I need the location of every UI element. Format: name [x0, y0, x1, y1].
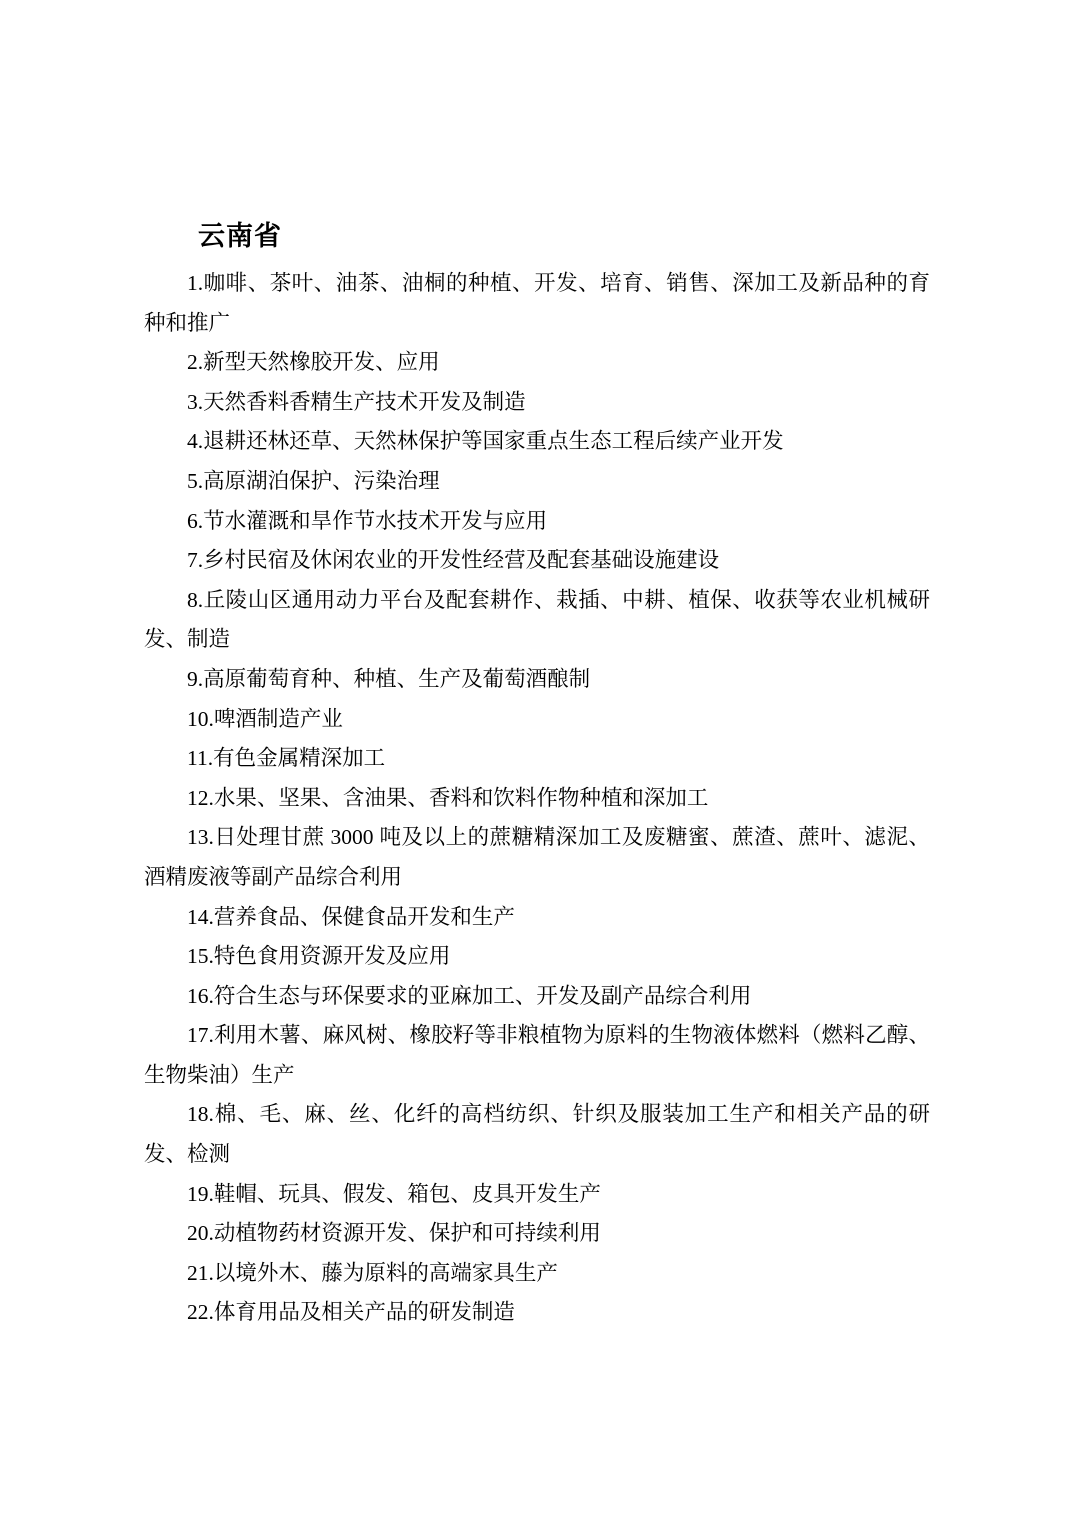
- list-item: 8.丘陵山区通用动力平台及配套耕作、栽插、中耕、植保、收获等农业机械研发、制造: [144, 581, 930, 660]
- section-title-yunnan-province: 云南省: [144, 218, 930, 254]
- list-item: 9.高原葡萄育种、种植、生产及葡萄酒酿制: [144, 660, 930, 700]
- document-page: 云南省 1.咖啡、茶叶、油茶、油桐的种植、开发、培育、销售、深加工及新品种的育种…: [0, 0, 1074, 1520]
- list-item: 16.符合生态与环保要求的亚麻加工、开发及副产品综合利用: [144, 977, 930, 1017]
- list-item: 21.以境外木、藤为原料的高端家具生产: [144, 1254, 930, 1294]
- list-item: 1.咖啡、茶叶、油茶、油桐的种植、开发、培育、销售、深加工及新品种的育种和推广: [144, 264, 930, 343]
- list-item: 2.新型天然橡胶开发、应用: [144, 343, 930, 383]
- list-item: 19.鞋帽、玩具、假发、箱包、皮具开发生产: [144, 1175, 930, 1215]
- list-item: 3.天然香料香精生产技术开发及制造: [144, 383, 930, 423]
- list-item: 15.特色食用资源开发及应用: [144, 937, 930, 977]
- list-item: 14.营养食品、保健食品开发和生产: [144, 898, 930, 938]
- industry-item-list: 1.咖啡、茶叶、油茶、油桐的种植、开发、培育、销售、深加工及新品种的育种和推广2…: [144, 264, 930, 1333]
- list-item: 12.水果、坚果、含油果、香料和饮料作物种植和深加工: [144, 779, 930, 819]
- list-item: 17.利用木薯、麻风树、橡胶籽等非粮植物为原料的生物液体燃料（燃料乙醇、生物柴油…: [144, 1016, 930, 1095]
- list-item: 20.动植物药材资源开发、保护和可持续利用: [144, 1214, 930, 1254]
- list-item: 5.高原湖泊保护、污染治理: [144, 462, 930, 502]
- list-item: 13.日处理甘蔗 3000 吨及以上的蔗糖精深加工及废糖蜜、蔗渣、蔗叶、滤泥、酒…: [144, 818, 930, 897]
- list-item: 22.体育用品及相关产品的研发制造: [144, 1293, 930, 1333]
- list-item: 6.节水灌溉和旱作节水技术开发与应用: [144, 502, 930, 542]
- list-item: 7.乡村民宿及休闲农业的开发性经营及配套基础设施建设: [144, 541, 930, 581]
- list-item: 4.退耕还林还草、天然林保护等国家重点生态工程后续产业开发: [144, 422, 930, 462]
- document-content: 云南省 1.咖啡、茶叶、油茶、油桐的种植、开发、培育、销售、深加工及新品种的育种…: [144, 218, 930, 1333]
- list-item: 11.有色金属精深加工: [144, 739, 930, 779]
- list-item: 18.棉、毛、麻、丝、化纤的高档纺织、针织及服装加工生产和相关产品的研发、检测: [144, 1095, 930, 1174]
- list-item: 10.啤酒制造产业: [144, 700, 930, 740]
